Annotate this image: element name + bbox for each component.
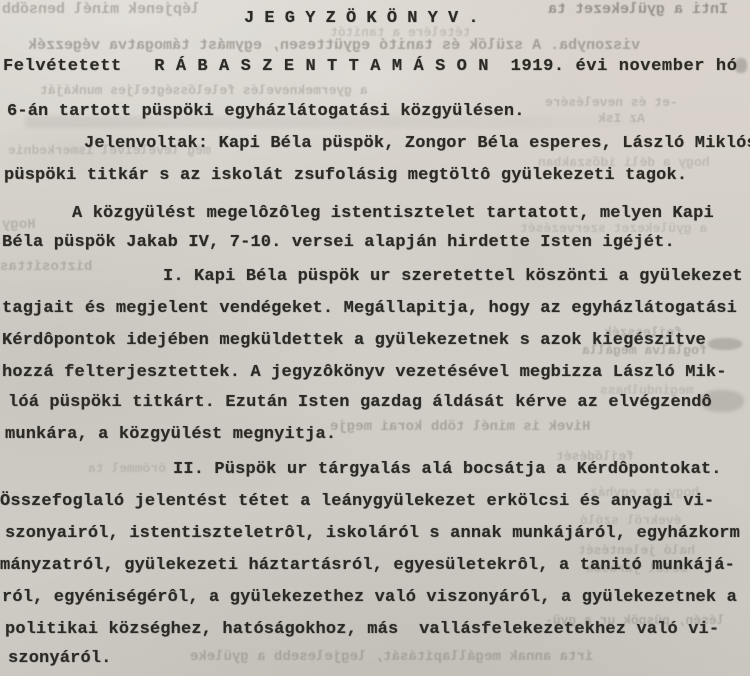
bleedthrough-line: biztosíttas [0, 260, 92, 275]
typewritten-line: politikai községhez, hatóságokhoz, más v… [5, 619, 719, 640]
typewritten-line: Összefoglaló jelentést tétet a leánygyül… [0, 491, 714, 512]
bleedthrough-line: a gyermeknevelés felelősségteljes munkáj… [40, 84, 368, 98]
ink-smudge [708, 338, 742, 350]
scanned-document-page: lépjenek minél bensőbb Inti a gyülekezet… [0, 0, 750, 676]
typewritten-line: II. Püspök ur tárgyalás alá bocsátja a K… [173, 459, 722, 480]
typewritten-line: ról, egyéniségérôl, a gyülekezethez való… [2, 587, 737, 608]
typewritten-line: A közgyülést megelôzôleg istentisztelet … [72, 203, 714, 224]
bleedthrough-line: Hivek is minél több korai megje [330, 420, 590, 435]
typewritten-line: Jelenvoltak: Kapi Béla püspök, Zongor Bé… [84, 133, 750, 154]
typewritten-line: Felvétetett R Á B A S Z E N T T A M Á S … [3, 56, 738, 77]
typewritten-line: szonyairól, istentiszteletrôl, iskoláról… [5, 523, 740, 544]
bleedthrough-line: viszonyba. A szülők és tanitó együttesen… [28, 38, 640, 55]
bleedthrough-line: Inti a gyülekezet ta [548, 2, 728, 19]
typewritten-line: 6-án tartott püspöki egyházlátogatási kö… [7, 101, 525, 122]
typewritten-line: I. Kapi Béla püspök ur szeretettel köszö… [163, 266, 743, 287]
typewritten-line: lóá püspöki titkárt. Ezután Isten gazdag… [8, 392, 712, 413]
typewritten-line: püspöki titkár s az iskolát zsufolásig m… [4, 165, 687, 186]
bleedthrough-line: lépjenek minél bensőbb [2, 2, 200, 19]
typewritten-line: tagjait és megjelent vendégeket. Megálla… [2, 298, 737, 319]
typewritten-line: Kérdôpontok idejében megküldettek a gyül… [2, 330, 706, 351]
typewritten-line: hozzá felterjesztettek. A jegyzôkönyv ve… [2, 362, 727, 383]
document-title: J E G Y Z Ö K Ö N Y V . [244, 8, 479, 29]
typewritten-line: Béla püspök Jakab IV, 7-10. versei alapj… [2, 232, 675, 253]
typewritten-line: mányzatról, gyülekezeti háztartásról, eg… [0, 555, 735, 576]
bleedthrough-line: örömmel ta [88, 462, 166, 476]
bleedthrough-line: Az Isk [598, 112, 645, 126]
typewritten-line: munkára, a közgyülést megnyitja. [5, 424, 336, 445]
typewritten-line: szonyáról. [8, 648, 112, 669]
bleedthrough-line: -et és nevelésére [545, 96, 678, 110]
bleedthrough-line: írta annak megállapítását, legjelesebb a… [190, 650, 593, 665]
